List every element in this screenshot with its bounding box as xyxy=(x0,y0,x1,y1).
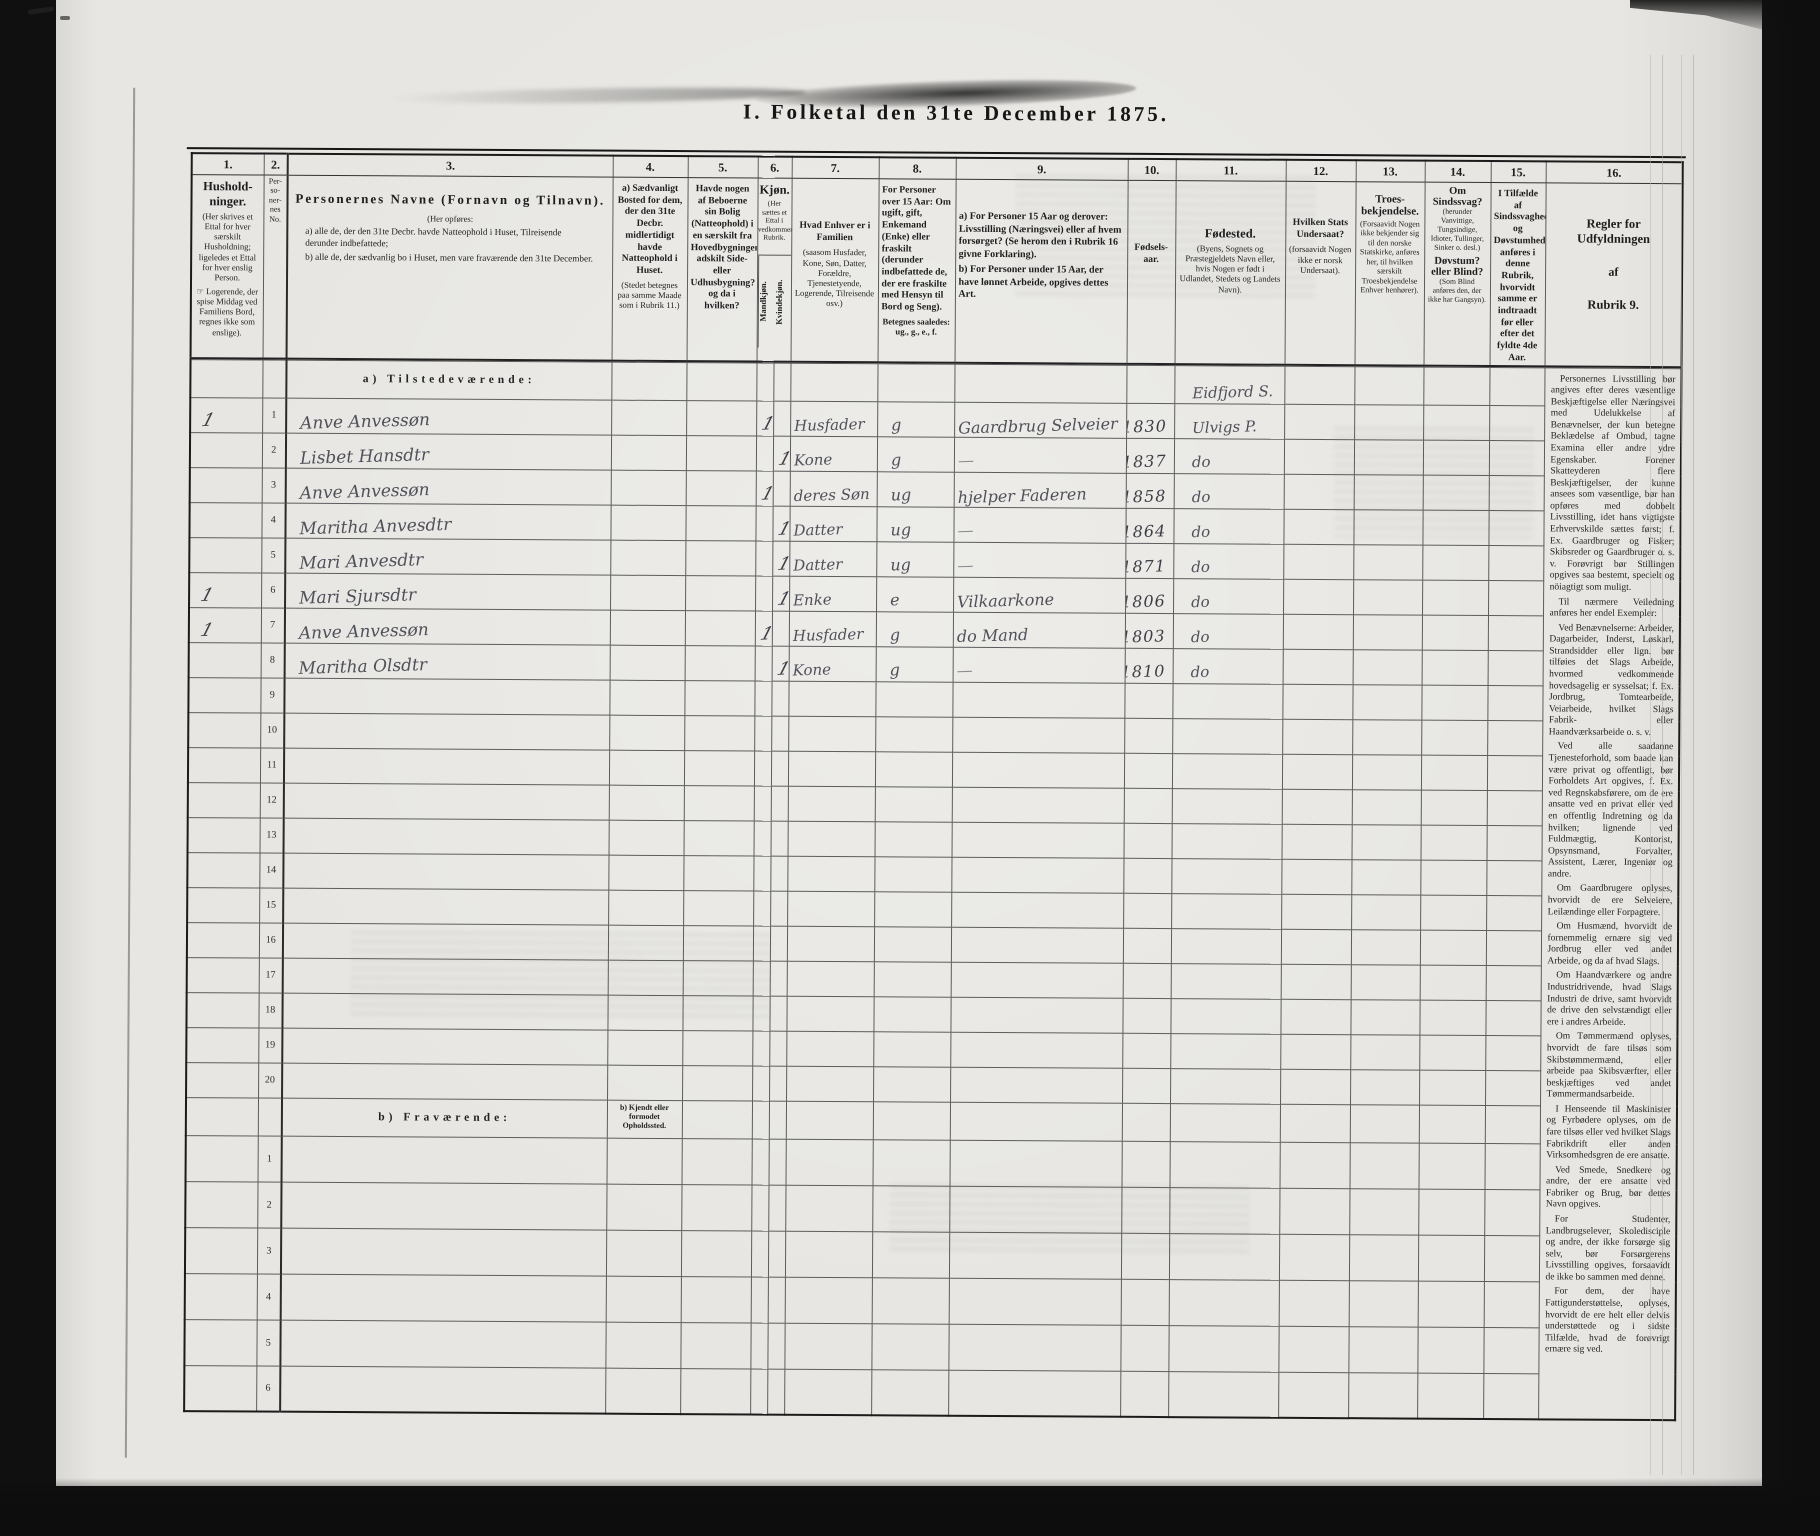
religion-cell xyxy=(1353,614,1422,649)
disability-onset-cell xyxy=(1487,755,1542,790)
marital-status-cell xyxy=(875,681,952,716)
residence-cell xyxy=(605,1368,680,1414)
citizenship-cell xyxy=(1283,614,1353,649)
disability-onset-cell xyxy=(1489,475,1544,510)
birth-year-cell xyxy=(1123,893,1171,928)
household-mark xyxy=(192,810,200,811)
family-position-cell xyxy=(786,996,873,1032)
empty-cell xyxy=(682,1100,752,1138)
birth-year-cell xyxy=(1123,928,1171,963)
rules-paragraph: For dem, der have Fattigunderstøttelse, … xyxy=(1545,1287,1670,1357)
colnum-16: 16. xyxy=(1546,161,1683,183)
occupation-cell xyxy=(949,1278,1121,1325)
household-mark xyxy=(190,1020,198,1021)
occupation-cell xyxy=(950,1067,1122,1103)
marital-status: ug xyxy=(880,522,911,539)
header-sex: Kjøn. (Her sættes et Ettal i vedkommende… xyxy=(757,178,792,361)
empty-cell xyxy=(786,1101,873,1140)
row-number: 16 xyxy=(259,923,283,958)
rules-paragraph: Om Gaardbrugere oplyses, hvorvidt de ere… xyxy=(1548,884,1673,919)
empty-cell xyxy=(190,359,262,397)
birth-year-cell xyxy=(1124,683,1172,718)
occupation-rule-a: a) For Personer 15 Aar og derover: Livss… xyxy=(959,211,1124,262)
household-cell xyxy=(185,1273,257,1319)
birth-year-cell xyxy=(1122,1033,1170,1068)
occupation-rule-b: b) For Personer under 15 Aar, der have l… xyxy=(958,264,1123,303)
family-position-cell xyxy=(784,1323,871,1370)
birthplace: do xyxy=(1177,524,1210,540)
birth-year: 1871 xyxy=(1125,558,1166,575)
female-cell xyxy=(769,1066,786,1101)
marital-status-cell xyxy=(872,1231,949,1277)
family-position-cell xyxy=(785,1231,872,1278)
empty-cell xyxy=(1280,1104,1350,1142)
religion-cell xyxy=(1351,859,1420,894)
names-rule-a: a) alle de, der den 31te Decbr. havde Na… xyxy=(291,226,609,251)
household-mark xyxy=(189,1174,197,1175)
colnum-5: 5. xyxy=(688,156,758,178)
household-mark: 1 xyxy=(190,586,215,605)
female-cell xyxy=(773,471,790,506)
birthplace-cell xyxy=(1172,683,1282,719)
religion-cell xyxy=(1353,509,1422,544)
birthplace-cell xyxy=(1171,928,1281,964)
household-mark xyxy=(193,530,201,531)
names-rule-b: b) alle de, der sædvanlig bo i Huset, me… xyxy=(291,252,609,265)
scan-edge-right xyxy=(1768,0,1820,1536)
marital-status-cell xyxy=(873,1031,950,1066)
disability-onset-cell xyxy=(1484,1143,1539,1189)
header-family-position: Hvad Enhver er i Familien (saasom Husfad… xyxy=(791,178,879,362)
birth-year-cell xyxy=(1120,1325,1168,1371)
household-cell xyxy=(186,1062,258,1097)
family-position: Kone xyxy=(792,662,831,678)
residence-cell xyxy=(611,400,686,435)
row-number: 9 xyxy=(260,678,284,713)
rules-paragraph: Ved alle saadanne Tjenesteforhold, som b… xyxy=(1548,742,1673,882)
religion-cell xyxy=(1350,999,1419,1034)
occupation-cell: — xyxy=(954,437,1126,473)
birth-year: 1803 xyxy=(1125,628,1166,645)
outbuilding-cell xyxy=(686,470,756,505)
colnum-9: 9. xyxy=(956,158,1128,181)
female-cell xyxy=(768,1185,785,1231)
birth-year-cell: 1837 xyxy=(1126,438,1174,473)
residence-cell xyxy=(610,505,685,540)
female-cell xyxy=(768,1231,785,1277)
female-cell: 1 xyxy=(772,576,789,611)
birthplace: do xyxy=(1176,664,1209,680)
marital-status-cell: g xyxy=(877,401,954,436)
outbuilding-cell xyxy=(683,925,753,960)
household-mark xyxy=(191,880,199,881)
male-cell: 1 xyxy=(755,611,772,646)
household-cell: 1 xyxy=(190,397,262,432)
header-marital-status: For Personer over 15 Aar: Om ugift, gift… xyxy=(878,179,956,363)
disability-onset-cell xyxy=(1484,1281,1539,1327)
male-cell xyxy=(753,961,770,996)
family-position-cell xyxy=(788,821,875,857)
scan-speck xyxy=(28,6,54,15)
household-cell xyxy=(186,1135,258,1181)
family-position-cell xyxy=(786,1031,873,1067)
occupation-cell xyxy=(948,1324,1120,1371)
occupation-cell xyxy=(950,1140,1122,1187)
female-cell xyxy=(770,961,787,996)
rules-paragraph: Ved Benævnelserne: Arbeider, Dagarbeider… xyxy=(1549,623,1674,740)
birthplace-cell xyxy=(1169,1141,1279,1188)
occupation-cell xyxy=(952,822,1124,858)
row-number: 20 xyxy=(258,1063,282,1098)
disability-cell xyxy=(1421,685,1487,720)
male-cell xyxy=(752,996,769,1031)
residence-cell xyxy=(608,890,683,925)
household-mark xyxy=(192,705,200,706)
disability-title2: Døvstum? eller Blind? xyxy=(1428,255,1487,277)
occupation: — xyxy=(957,557,973,573)
occupation: hjelper Faderen xyxy=(957,486,1086,506)
citizenship-cell xyxy=(1281,929,1351,964)
marital-status-cell xyxy=(872,1185,949,1231)
outbuilding-cell xyxy=(685,610,755,645)
occupation-cell xyxy=(951,857,1123,893)
female-cell xyxy=(770,891,787,926)
disability-onset-cell xyxy=(1489,405,1544,440)
occupation: Vilkaarkone xyxy=(956,591,1053,610)
citizenship-cell xyxy=(1281,859,1351,894)
name-cell: Mari Sjursdtr xyxy=(285,573,610,610)
family-position-cell: deres Søn xyxy=(790,471,877,507)
residence-cell xyxy=(609,820,684,855)
disability-cell xyxy=(1422,615,1488,650)
colnum-12: 12. xyxy=(1286,160,1356,182)
disability-cell xyxy=(1419,1035,1485,1070)
person-name: Anve Anvessøn xyxy=(290,482,430,503)
family-position-cell xyxy=(787,856,874,892)
residence-cell xyxy=(610,540,685,575)
male-cell xyxy=(755,576,772,611)
female-mark: 1 xyxy=(773,555,789,574)
disability-cell xyxy=(1417,1373,1483,1419)
disability-onset-cell xyxy=(1484,1189,1539,1235)
birth-year: 1837 xyxy=(1126,453,1167,470)
empty-cell xyxy=(1485,1105,1540,1143)
marital-status: g xyxy=(880,417,901,434)
citizenship-cell xyxy=(1283,509,1353,544)
citizenship-cell xyxy=(1280,999,1350,1034)
row-number: 1 xyxy=(258,1136,282,1182)
outbuilding-cell xyxy=(681,1230,751,1276)
occupation: Gaardbrug Selveier xyxy=(957,416,1117,437)
family-position-cell xyxy=(787,891,874,927)
name-cell xyxy=(283,853,608,890)
religion-cell xyxy=(1351,929,1420,964)
name-cell xyxy=(284,713,609,750)
empty-cell xyxy=(1419,1105,1485,1143)
birth-year-cell xyxy=(1124,718,1172,753)
sex-note: (Her sættes et Ettal i vedkommende Rubri… xyxy=(758,200,791,243)
header-disability: Om Sindssvag? (herunder Vanvittige, Tung… xyxy=(1424,182,1491,365)
outbuilding-cell xyxy=(685,645,755,680)
row-number: 3 xyxy=(262,468,286,503)
male-cell xyxy=(756,436,773,471)
occupation-cell xyxy=(952,682,1124,718)
row-number: 4 xyxy=(257,1274,281,1320)
name-cell: Anve Anvessøn xyxy=(286,468,611,505)
colnum-14: 14. xyxy=(1425,161,1491,183)
religion-cell xyxy=(1349,1188,1418,1234)
occupation-cell xyxy=(950,997,1122,1033)
residence-cell xyxy=(605,1322,680,1368)
citizenship-cell xyxy=(1282,789,1352,824)
colnum-11: 11. xyxy=(1176,159,1286,181)
birthplace-cell xyxy=(1170,1033,1280,1069)
name-cell: Lisbet Hansdtr xyxy=(286,433,611,470)
occupation-cell: hjelper Faderen xyxy=(954,472,1126,508)
header-usual-residence: a) Sædvanligt Bosted for dem, der den 31… xyxy=(612,177,688,361)
birth-year-cell xyxy=(1123,858,1171,893)
birth-year-cell xyxy=(1120,1371,1168,1417)
marital-status-cell xyxy=(871,1323,948,1369)
occupation-cell xyxy=(949,1186,1121,1233)
disability-cell xyxy=(1421,755,1487,790)
citizenship-cell xyxy=(1280,1069,1350,1104)
row-number: 5 xyxy=(261,538,285,573)
person-name: Anve Anvessøn xyxy=(289,622,429,643)
male-cell: 1 xyxy=(756,471,773,506)
religion-cell xyxy=(1352,754,1421,789)
birthplace-cell: do xyxy=(1173,578,1283,614)
person-name: Anve Anvessøn xyxy=(290,412,430,433)
citizenship-cell xyxy=(1283,649,1353,684)
birthplace: do xyxy=(1177,559,1210,575)
rules-text-cell: Personernes Livsstilling bør angives eft… xyxy=(1538,367,1681,1420)
male-cell xyxy=(752,1139,769,1185)
disability-onset-cell xyxy=(1489,440,1544,475)
row-number: 1 xyxy=(262,398,286,433)
female-cell xyxy=(768,1277,785,1323)
citizenship-cell xyxy=(1282,824,1352,859)
marital-status-cell xyxy=(875,821,952,856)
name-cell xyxy=(280,1320,605,1368)
row-number: 11 xyxy=(260,748,284,783)
birthplace-cell: do xyxy=(1174,438,1284,474)
disability-onset-cell xyxy=(1484,1235,1539,1281)
disability-cell xyxy=(1420,965,1486,1000)
person-name: Lisbet Hansdtr xyxy=(290,447,430,468)
disability-cell xyxy=(1422,650,1488,685)
rules-text: Personernes Livsstilling bør angives eft… xyxy=(1545,374,1675,1357)
disability-cell xyxy=(1423,475,1489,510)
birthplace: do xyxy=(1177,489,1210,505)
family-position-cell: Enke xyxy=(789,576,876,612)
occupation: — xyxy=(957,452,973,468)
colnum-2: 2. xyxy=(264,154,288,176)
birth-year: 1806 xyxy=(1125,593,1166,610)
residence-cell xyxy=(610,645,685,680)
household-cell xyxy=(188,677,260,712)
household-mark xyxy=(189,1266,197,1267)
name-cell xyxy=(283,958,608,995)
empty-cell xyxy=(186,1097,258,1135)
disability-onset-text: I Tilfælde af Sindssvaghed og Døvstumhed… xyxy=(1493,188,1542,364)
citizenship-note: (forsaavidt Nogen ikke er norsk Undersaa… xyxy=(1289,244,1352,275)
family-position: Kone xyxy=(793,452,832,468)
outbuilding-cell xyxy=(685,540,755,575)
residence-cell xyxy=(607,995,682,1030)
birthplace-cell: do xyxy=(1173,508,1283,544)
family-position-cell xyxy=(788,786,875,822)
disability-onset-cell xyxy=(1488,615,1543,650)
male-cell: 1 xyxy=(756,401,773,436)
female-cell xyxy=(771,786,788,821)
colnum-3: 3. xyxy=(288,154,613,177)
birthplace-title: Fødested. xyxy=(1179,226,1282,242)
birthplace-cell xyxy=(1168,1325,1278,1372)
citizenship-cell xyxy=(1284,474,1354,509)
marital-status-cell xyxy=(873,996,950,1031)
outbuilding-cell xyxy=(680,1322,750,1368)
birth-year-cell xyxy=(1122,1141,1170,1187)
outbuilding-cell xyxy=(685,575,755,610)
outbuilding-cell xyxy=(682,1065,752,1100)
religion-cell xyxy=(1353,649,1422,684)
citizenship-title: Hvilken Stats Undersaat? xyxy=(1289,217,1352,241)
disability-cell xyxy=(1422,510,1488,545)
name-cell xyxy=(282,1063,607,1100)
disability-cell xyxy=(1420,860,1486,895)
header-occupation: a) For Personer 15 Aar og derover: Livss… xyxy=(955,179,1128,363)
residence-cell xyxy=(609,680,684,715)
family-position-cell xyxy=(788,751,875,787)
name-cell xyxy=(283,888,608,925)
disability-onset-cell xyxy=(1488,650,1543,685)
row-number: 8 xyxy=(261,643,285,678)
disability-onset-cell xyxy=(1487,825,1542,860)
female-cell xyxy=(769,1139,786,1185)
disability-cell xyxy=(1420,930,1486,965)
citizenship-cell xyxy=(1278,1326,1348,1372)
female-column-label: Kvindekjøn. xyxy=(774,256,791,348)
person-name: Maritha Olsdtr xyxy=(288,657,427,678)
birthplace-cell xyxy=(1171,893,1281,929)
colnum-15: 15. xyxy=(1491,161,1546,183)
person-name: Mari Anvesdtr xyxy=(289,552,423,573)
household-mark xyxy=(188,1358,196,1359)
household-mark: 1 xyxy=(190,621,215,640)
household-cell xyxy=(188,747,260,782)
household-mark xyxy=(191,950,199,951)
religion-cell xyxy=(1350,1069,1419,1104)
marital-status-cell xyxy=(874,856,951,891)
religion-title: Troes-bekjendelse. xyxy=(1359,193,1421,217)
citizenship-cell xyxy=(1282,719,1352,754)
male-column-label: Mandkjøn. xyxy=(757,256,775,348)
male-cell xyxy=(753,856,770,891)
colnum-10: 10. xyxy=(1128,159,1176,181)
birth-year: 1864 xyxy=(1125,523,1166,540)
family-position: Datter xyxy=(793,522,842,538)
household-mark xyxy=(193,565,201,566)
residence-cell xyxy=(606,1276,681,1322)
family-position-cell: Husfader xyxy=(789,611,876,647)
outbuilding-cell xyxy=(682,1138,752,1184)
birthplace-cell xyxy=(1170,1068,1280,1104)
citizenship-cell xyxy=(1280,1034,1350,1069)
male-cell xyxy=(754,751,771,786)
residence-cell xyxy=(610,610,685,645)
disability-note: (herunder Vanvittige, Tungsindige, Idiot… xyxy=(1428,208,1487,253)
citizenship-cell xyxy=(1279,1188,1349,1234)
household-cell xyxy=(188,712,260,747)
disability-onset-cell xyxy=(1485,1000,1540,1035)
person-name: Mari Sjursdtr xyxy=(289,587,417,608)
header-religion: Troes-bekjendelse. (Forsaavidt Nogen ikk… xyxy=(1355,182,1425,365)
occupation-cell xyxy=(948,1370,1120,1417)
family-position-cell xyxy=(785,1185,872,1232)
row-number: 12 xyxy=(260,783,284,818)
row-number: 15 xyxy=(259,888,283,923)
birthplace: do xyxy=(1177,454,1210,470)
header-outbuilding: Havde nogen af Beboerne sin Bolig (Natte… xyxy=(687,178,758,361)
disability-cell xyxy=(1418,1235,1484,1281)
colnum-7: 7. xyxy=(792,157,879,179)
name-cell xyxy=(280,1366,605,1414)
female-cell xyxy=(767,1369,784,1415)
family-position-cell xyxy=(788,681,875,717)
household-mark xyxy=(191,985,199,986)
outbuilding-cell xyxy=(686,400,756,435)
page-title: I. Folketal den 31te December 1875. xyxy=(406,97,1506,129)
residence-cell xyxy=(611,470,686,505)
male-mark: 1 xyxy=(757,415,773,434)
family-position-cell xyxy=(788,716,875,752)
marital-status-cell xyxy=(873,1066,950,1101)
household-cell xyxy=(185,1181,257,1227)
family-position: Datter xyxy=(793,557,842,573)
religion-note: (Forsaavidt Nogen ikke bekjender sig til… xyxy=(1358,219,1420,295)
section-present-label: a) Tilstedeværende: xyxy=(286,360,611,400)
name-cell: Maritha Anvesdtr xyxy=(285,503,610,540)
household-mark xyxy=(192,740,200,741)
colnum-8: 8. xyxy=(879,157,956,179)
occupation-cell: Gaardbrug Selveier xyxy=(954,402,1126,438)
household-mark xyxy=(190,1090,198,1091)
marital-status-cell xyxy=(872,1277,949,1323)
occupation-cell: Vilkaarkone xyxy=(953,577,1125,613)
birthplace-cell: do xyxy=(1173,648,1283,684)
household-mark xyxy=(194,495,202,496)
name-cell xyxy=(281,1228,606,1276)
occupation-cell xyxy=(949,1232,1121,1279)
household-cell xyxy=(189,502,261,537)
occupation-cell: — xyxy=(953,507,1125,543)
residence-cell xyxy=(611,435,686,470)
occupation-cell xyxy=(951,927,1123,963)
rules-paragraph: I Henseende til Maskinister og Fyrbødere… xyxy=(1546,1104,1671,1163)
name-cell: Mari Anvesdtr xyxy=(285,538,610,575)
residence-cell xyxy=(608,925,683,960)
household-cell xyxy=(187,887,259,922)
male-mark: 1 xyxy=(756,625,772,644)
marital-status-cell: g xyxy=(876,646,953,681)
household-cell xyxy=(186,1027,258,1062)
citizenship-cell xyxy=(1279,1234,1349,1280)
citizenship-cell xyxy=(1284,404,1354,439)
residence-cell xyxy=(609,715,684,750)
outbuilding-cell xyxy=(684,785,754,820)
marital-status: g xyxy=(879,662,900,679)
